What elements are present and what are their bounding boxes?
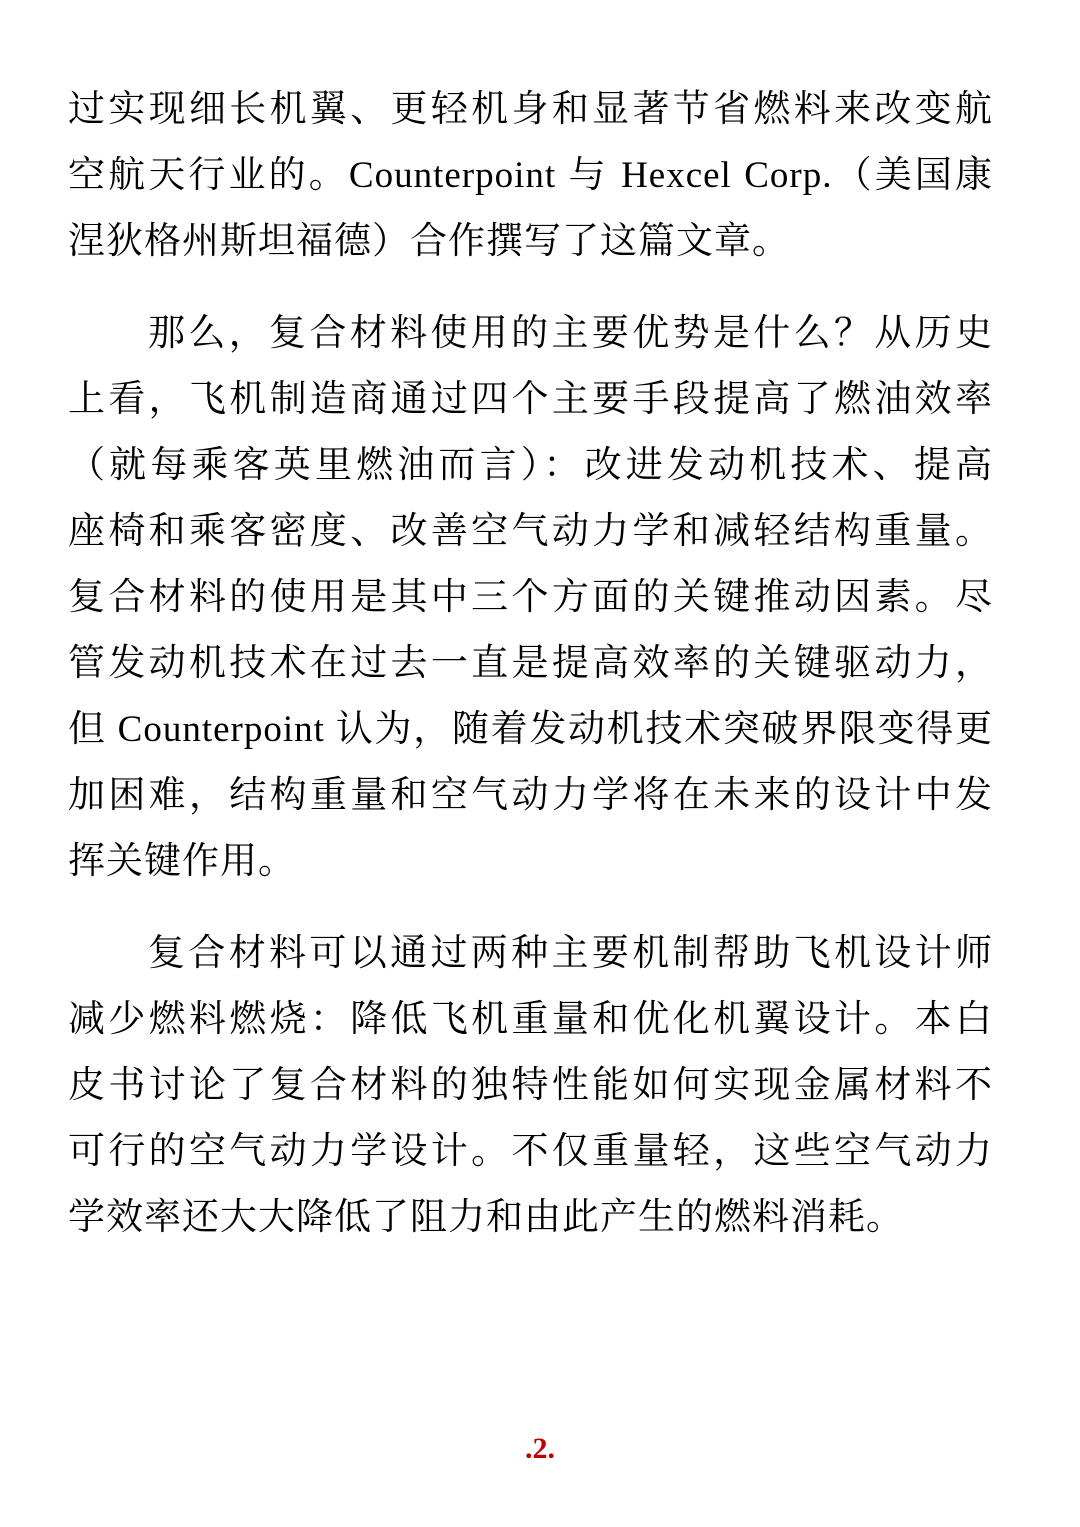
- text-line: 那么，复合材料使用的主要优势是什么？从历史: [68, 301, 993, 367]
- text-line: 涅狄格州斯坦福德）合作撰写了这篇文章。: [68, 209, 993, 275]
- page-number: .2.: [525, 1432, 555, 1466]
- text-line: 空航天行业的。Counterpoint 与 Hexcel Corp.（美国康: [68, 143, 993, 209]
- text-line: 上看，飞机制造商通过四个主要手段提高了燃油效率: [68, 367, 993, 433]
- text-line: 管发动机技术在过去一直是提高效率的关键驱动力，: [68, 631, 993, 697]
- article: 过实现细长机翼、更轻机身和显著节省燃料来改变航空航天行业的。Counterpoi…: [68, 77, 993, 1251]
- text-line: 过实现细长机翼、更轻机身和显著节省燃料来改变航: [68, 77, 993, 143]
- document-page: 过实现细长机翼、更轻机身和显著节省燃料来改变航空航天行业的。Counterpoi…: [0, 0, 1080, 1527]
- text-line: 复合材料的使用是其中三个方面的关键推动因素。尽: [68, 565, 993, 631]
- text-line: 但 Counterpoint 认为，随着发动机技术突破界限变得更: [68, 697, 993, 763]
- page-footer: .2.: [0, 1432, 1080, 1466]
- text-line: 皮书讨论了复合材料的独特性能如何实现金属材料不: [68, 1053, 993, 1119]
- text-line: 挥关键作用。: [68, 829, 993, 895]
- text-line: 可行的空气动力学设计。不仅重量轻，这些空气动力: [68, 1119, 993, 1185]
- paragraph: 复合材料可以通过两种主要机制帮助飞机设计师减少燃料燃烧：降低飞机重量和优化机翼设…: [68, 921, 993, 1251]
- paragraph: 过实现细长机翼、更轻机身和显著节省燃料来改变航空航天行业的。Counterpoi…: [68, 77, 993, 275]
- text-line: 学效率还大大降低了阻力和由此产生的燃料消耗。: [68, 1185, 993, 1251]
- text-line: 加困难，结构重量和空气动力学将在未来的设计中发: [68, 763, 993, 829]
- text-line: （就每乘客英里燃油而言）：改进发动机技术、提高: [68, 433, 993, 499]
- text-line: 复合材料可以通过两种主要机制帮助飞机设计师: [68, 921, 993, 987]
- text-line: 减少燃料燃烧：降低飞机重量和优化机翼设计。本白: [68, 987, 993, 1053]
- text-line: 座椅和乘客密度、改善空气动力学和减轻结构重量。: [68, 499, 993, 565]
- paragraph: 那么，复合材料使用的主要优势是什么？从历史上看，飞机制造商通过四个主要手段提高了…: [68, 301, 993, 895]
